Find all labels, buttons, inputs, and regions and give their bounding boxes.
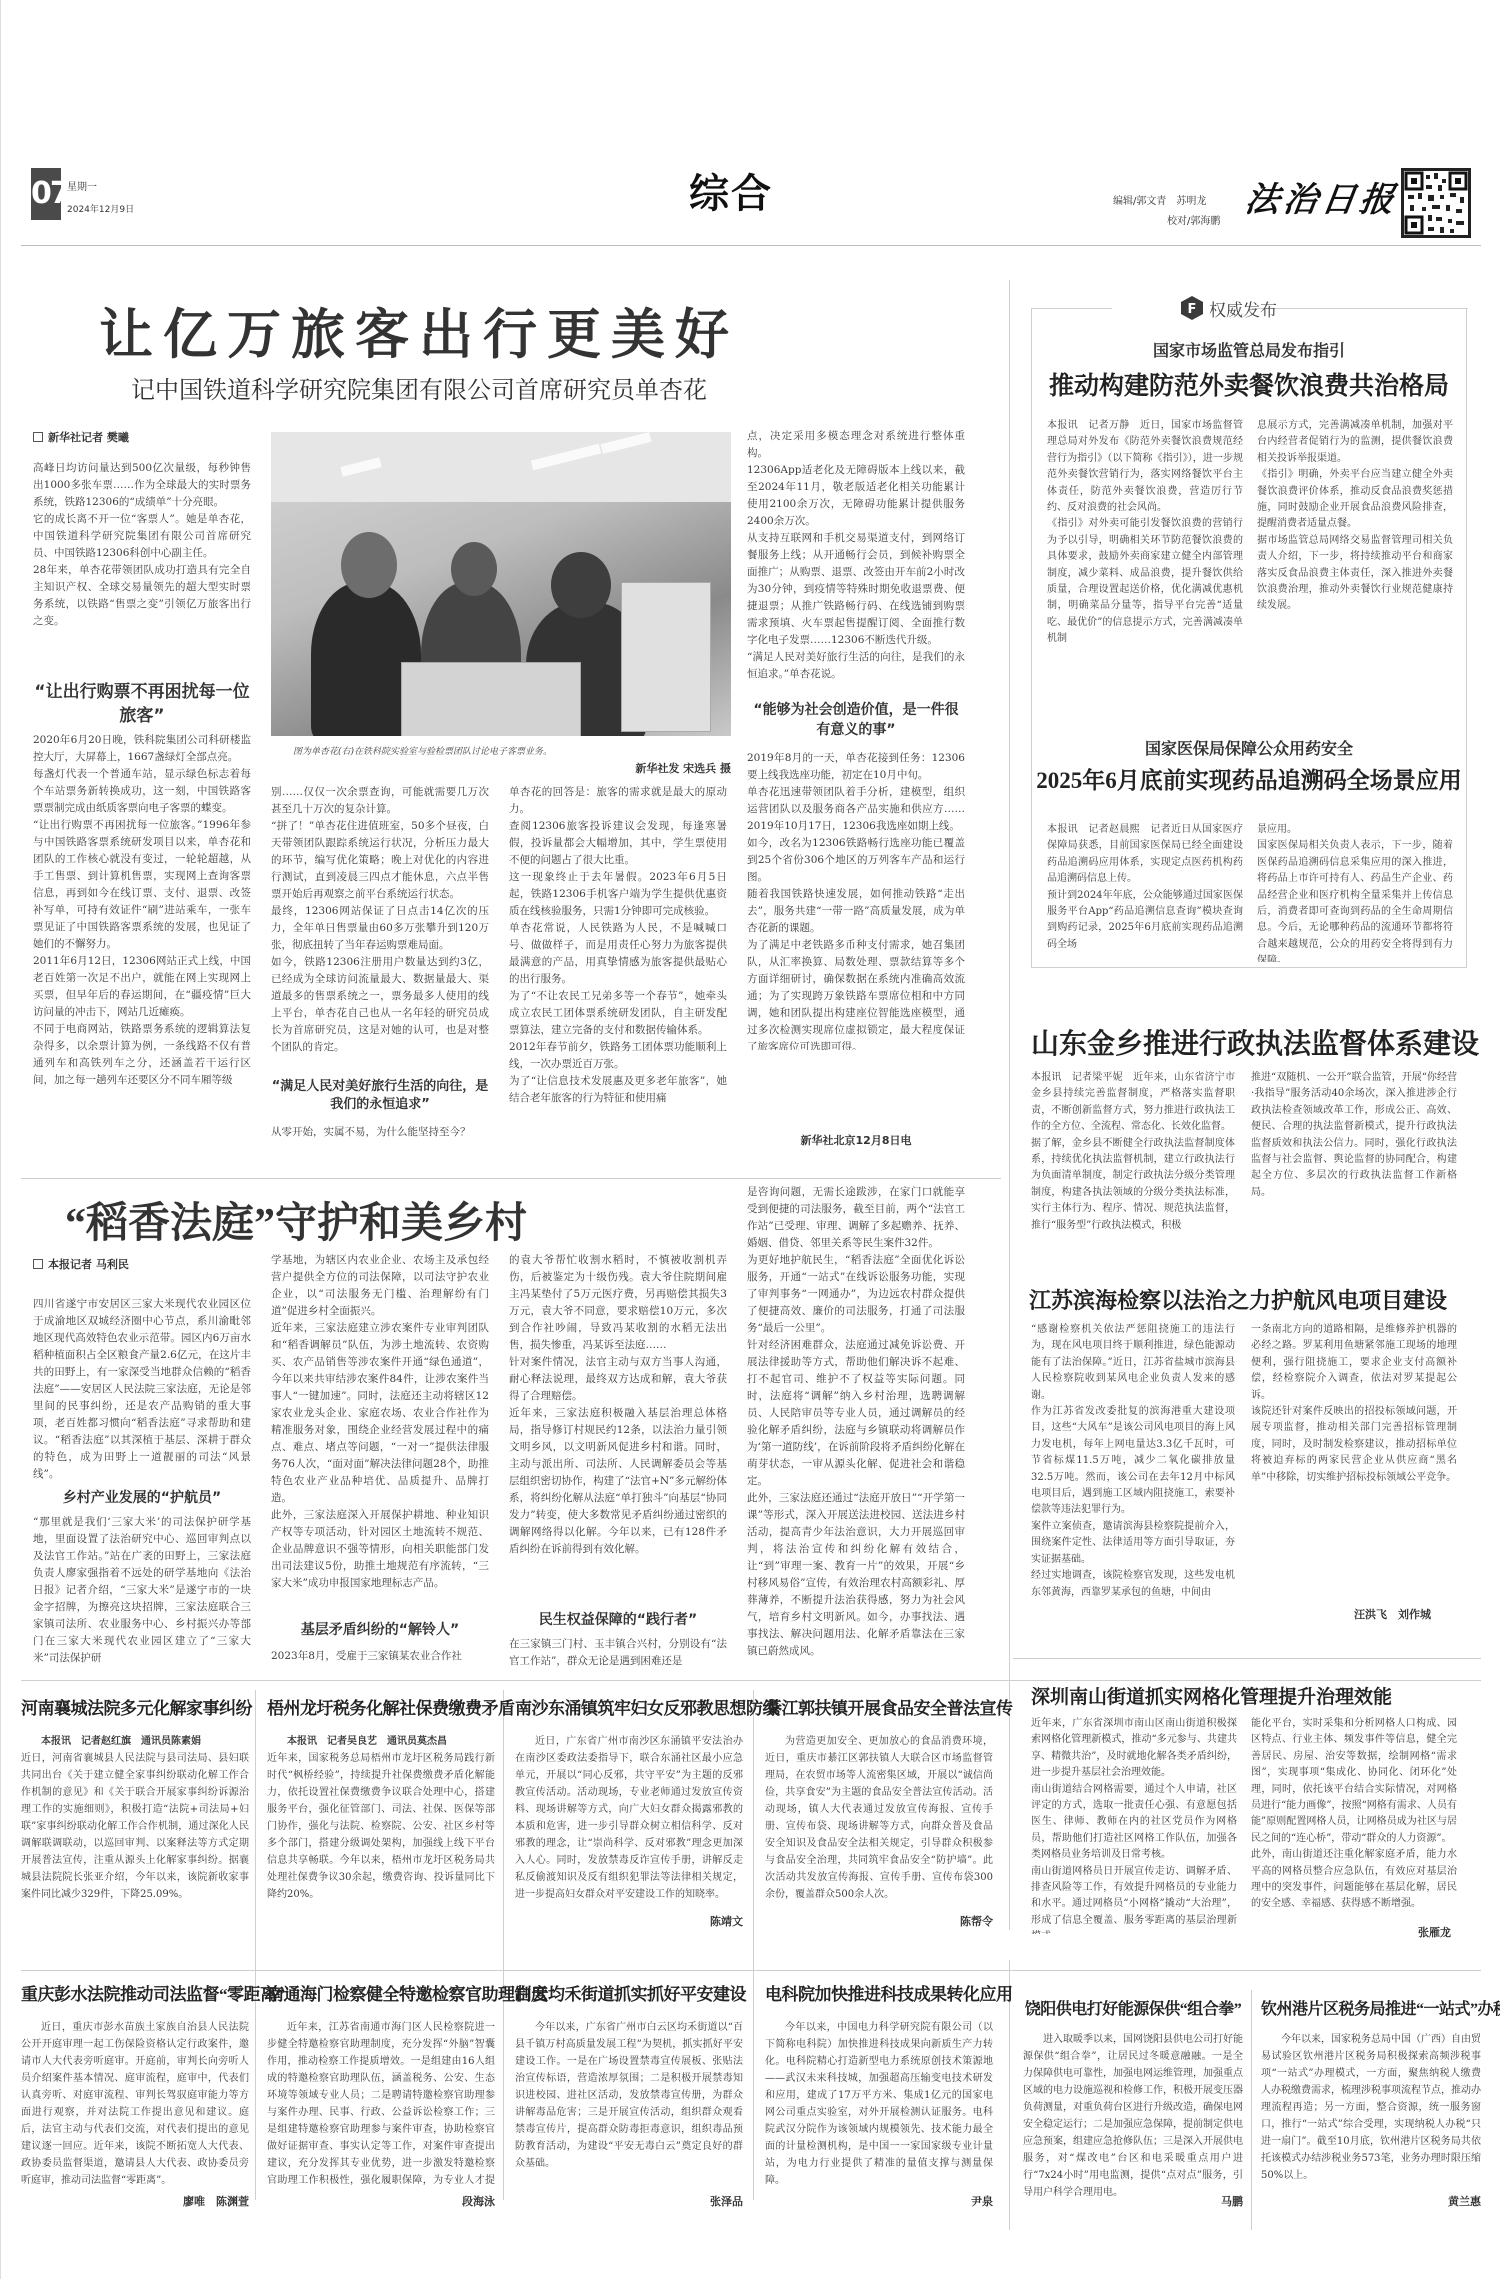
short-news-item: 重庆彭水法院推动司法监督“零距离” 近日，重庆市彭水苗族土家族自治县人民法院公开… — [21, 1980, 249, 2209]
rice-subhead-2: 基层矛盾纠纷的“解铃人” — [271, 1618, 489, 1642]
shandong-col2: 推进“双随机、一公开”联合监管，开展“你经营·我指导”服务活动40余场次，深入推… — [1251, 1070, 1457, 1250]
weekday: 星期一 — [67, 178, 97, 193]
lead-col4: 点，决定采用多模态理念对系统进行整体重构。 12306App适老化及无障碍版本上… — [747, 428, 965, 690]
lead-headline: 让亿万旅客出行更美好 — [99, 292, 739, 369]
qinzhou-credit: 黄兰惠 — [1261, 2193, 1481, 2209]
short-news-title: 南沙东涌镇筑牢妇女反邪教思想防线 — [515, 1694, 743, 1719]
section-divider — [21, 1178, 1001, 1179]
f-cube-icon: F — [1181, 296, 1203, 320]
shenzhen-title: 深圳南山街道抓实网格化管理提升治理效能 — [1031, 1682, 1471, 1709]
rice-col2b: 2023年8月，受雇于三家镇某农业合作社 — [271, 1648, 489, 1668]
short-news-body: 近年来，江苏省南通市海门区人民检察院进一步健全特邀检察官助理制度，充分发挥“外脑… — [267, 2019, 495, 2189]
lead-byline: 新华社记者 樊曦 — [33, 429, 129, 445]
rice-col4: 是咨询问题，无需长途跋涉，在家门口就能享受到便捷的司法服务，截至目前，两个“法官… — [747, 1184, 965, 1670]
qinzhou-story: 钦州港片区税务局推进“一站式”办税 今年以来，国家税务总局中国（广西）自由贸易试… — [1261, 1996, 1481, 2209]
row-divider — [21, 1680, 1481, 1681]
lead-subhead-3: “能够为社会创造价值，是一件很有意义的事” — [747, 700, 965, 740]
rice-court-title: “稻香法庭”守护和美乡村 — [65, 1190, 527, 1250]
short-news-lead: 本报讯 记者赵红旗 通讯员陈素娟 — [21, 1733, 249, 1750]
rice-subhead-3: 民生权益保障的“践行者” — [509, 1608, 727, 1632]
photo-ticket-gate — [621, 582, 711, 732]
short-news-body: 近日，广东省广州市南沙区东涌镇平安法治办在南沙区委政法委指导下，联合东涌社区最小… — [515, 1733, 743, 1933]
photo-caption: 图为单杏花(右)在铁科院实验室与验检票团队讨论电子客票业务。 — [293, 744, 552, 757]
short-news-body: 为营造更加安全、更加放心的食品消费环境，近日，重庆市綦江区郭扶镇人大联合区市场监… — [765, 1733, 993, 1933]
short-news-item: 电科院加快推进科技成果转化应用 今年以来，中国电力科学研究院有限公司（以下简称电… — [765, 1980, 993, 2209]
jiangsu-title: 江苏滨海检察以法治之力护航风电项目建设 — [1029, 1284, 1469, 1315]
short-news-item: 梧州龙圩税务化解社保费缴费矛盾 本报讯 记者吴良艺 通讯员莫杰昌 近年来，国家税… — [267, 1694, 495, 1934]
authority-story1-title: 推动构建防范外卖餐饮浪费共治格局 — [1031, 366, 1467, 402]
short-news-title: 梧州龙圩税务化解社保费缴费矛盾 — [267, 1694, 495, 1719]
short-news-credit: 尹泉 — [765, 2193, 993, 2209]
short-news-item: 河南襄城法院多元化解家事纠纷 本报讯 记者赵红旗 通讯员陈素娟 近日，河南省襄城… — [21, 1694, 249, 1934]
jiangsu-col2: 一条南北方向的道路相隔，是维修养护机器的必经之路。罗某利用鱼塘紧邻施工现场的地理… — [1251, 1322, 1457, 1592]
lead-subheadline: 记中国铁道科学研究院集团有限公司首席研究员单杏花 — [131, 370, 707, 405]
lead-subhead-1: “让出行购票不再困扰每一位旅客” — [33, 680, 251, 728]
short-news-item: 南沙东涌镇筑牢妇女反邪教思想防线 近日，广东省广州市南沙区东涌镇平安法治办在南沙… — [515, 1694, 743, 1929]
raoyang-title: 饶阳供电打好能源保供“组合拳” — [1023, 1996, 1243, 2019]
photo-credit: 新华社发 宋选兵 摄 — [581, 760, 731, 776]
short-news-title: 重庆彭水法院推动司法监督“零距离” — [21, 1980, 249, 2005]
rice-col3b: 在三家镇三门村、玉丰镇合兴村，分别设有“法官工作站”，群众无论是遇到困难还是 — [509, 1636, 727, 1670]
shenzhen-col1: 近年来，广东省深圳市南山区南山街道积极探索网格化管理新模式，推动“多元参与、共建… — [1031, 1716, 1237, 1934]
short-news-body: 近年来，国家税务总局梧州市龙圩区税务局践行新时代“枫桥经验”，持续提升社保费缴费… — [267, 1750, 495, 1934]
short-news-body: 近日，重庆市彭水苗族土家族自治县人民法院公开开庭审理一起工伤保险资格认定行政案件… — [21, 2019, 249, 2189]
short-news-body: 近日，河南省襄城县人民法院与县司法局、县妇联共同出台《关于建立健全家事纠纷联动化… — [21, 1750, 249, 1934]
header-divider — [21, 245, 1481, 246]
short-news-title: 綦江郭扶镇开展食品安全普法宣传 — [765, 1694, 993, 1719]
short-news-item: 綦江郭扶镇开展食品安全普法宣传 为营造更加安全、更加放心的食品消费环境，近日，重… — [765, 1694, 993, 1929]
short-news-body: 今年以来，广东省广州市白云区均禾街道以“百县千镇万村高质量发展工程”为契机，抓实… — [515, 2019, 743, 2189]
authority-story1-col2: 息展示方式，完善满减凑单机制，加强对平台内经营者促销行为的监测，提供餐饮浪费相关… — [1257, 418, 1453, 704]
short-news-credit: 陈靖文 — [515, 1913, 743, 1929]
short-news-item: 南通海门检察健全特邀检察官助理制度 近年来，江苏省南通市海门区人民检察院进一步健… — [267, 1980, 495, 2209]
masthead-logo: 法治日报 — [1243, 172, 1402, 221]
short-news-credit: 陈帮令 — [765, 1913, 993, 1929]
rice-court-byline: 本报记者 马利民 — [33, 1256, 129, 1272]
issue-date: 2024年12月9日 — [67, 202, 134, 215]
rice-subhead-1: 乡村产业发展的“护航员” — [33, 1486, 251, 1510]
qinzhou-title: 钦州港片区税务局推进“一站式”办税 — [1261, 1996, 1481, 2019]
editor-credit: 编辑/郭文青 苏明龙 — [1113, 192, 1206, 207]
byline-square-icon — [33, 1259, 43, 1269]
svg-text:F: F — [1188, 302, 1197, 317]
lead-col1b: 2020年6月20日晚，铁科院集团公司科研楼监控大厅，大屏幕上，1667盏绿灯全… — [33, 732, 251, 1168]
shandong-title: 山东金乡推进行政执法监督体系建设 — [1031, 1022, 1471, 1062]
page-number-badge: 07 — [31, 168, 61, 220]
rice-col1b: “那里就是我们‘三家大米’的司法保护研学基地，里面设置了法治研究中心、巡回审判点… — [33, 1514, 251, 1664]
short-news-credit: 廖唯 陈渊萱 — [21, 2193, 249, 2209]
lead-dateline: 新华社北京12月8日电 — [747, 1132, 965, 1148]
proofreader-credit: 校对/郭海鹏 — [1167, 212, 1220, 227]
short-news-title: 白云均禾街道抓实抓好平安建设 — [515, 1980, 743, 2005]
shandong-col1: 本报讯 记者梁平妮 近年来，山东省济宁市金乡县持续完善监督制度，严格落实监督职责… — [1031, 1070, 1235, 1250]
rice-col3: 的袁大爷帮忙收割水稻时，不慎被收割机弄伤，后被鉴定为十级伤残。袁大爷住院期间雇主… — [509, 1252, 727, 1598]
short-news-title: 河南襄城法院多元化解家事纠纷 — [21, 1694, 249, 1719]
lead-col2b: 从零开始，实属不易，为什么能坚持至今？ — [271, 1124, 489, 1164]
lead-col3: 单杏花的回答是：旅客的需求就是最大的原动力。 查阅12306旅客投诉建议会发现，… — [509, 784, 727, 1172]
lead-photo — [271, 432, 731, 736]
byline-square-icon — [33, 432, 43, 442]
jiangsu-credit: 汪洪飞 刘作城 — [1251, 1606, 1431, 1622]
raoyang-story: 饶阳供电打好能源保供“组合拳” 进入取暖季以来，国网饶阳县供电公司打好能源保供“… — [1023, 1996, 1243, 2209]
rice-col1: 四川省遂宁市安居区三家大米现代农业园区位于成渝地区双城经济圈中心节点，系川渝毗邻… — [33, 1296, 251, 1482]
authority-story1-kicker: 国家市场监管总局发布指引 — [1031, 338, 1467, 361]
authority-story2-col1: 本报讯 记者赵晨熙 记者近日从国家医疗保障局获悉，目前国家医保局已经全面建设药品… — [1047, 822, 1243, 962]
qinzhou-body: 今年以来，国家税务总局中国（广西）自由贸易试验区钦州港片区税务局积极探索高频涉税… — [1261, 2031, 1481, 2211]
short-news-credit: 段海泳 — [267, 2193, 495, 2209]
raoyang-body: 进入取暖季以来，国网饶阳县供电公司打好能源保供“组合拳”，让居民过冬暖意融融。一… — [1023, 2031, 1243, 2211]
short-news-title: 电科院加快推进科技成果转化应用 — [765, 1980, 993, 2005]
shenzhen-credit: 张雁龙 — [1251, 1924, 1451, 1940]
shenzhen-col2: 能化平台，实时采集和分析网格人口构成、园区特点、行业主体、频发事件等信息，健全完… — [1251, 1716, 1457, 1916]
column-divider — [1009, 280, 1010, 1930]
authority-story2-title: 2025年6月底前实现药品追溯码全场景应用 — [1031, 762, 1467, 795]
newspaper-page: 07 星期一 2024年12月9日 综合 编辑/郭文青 苏明龙 校对/郭海鹏 法… — [0, 0, 1500, 2279]
authority-story1-col1: 本报讯 记者万静 近日，国家市场监督管理总局对外发布《防范外卖餐饮浪费规范经营行… — [1047, 418, 1243, 704]
rice-col2: 学基地，为辖区内农业企业、农场主及承包经营户提供全方位的司法保障，以司法守护农业… — [271, 1252, 489, 1624]
section-title: 综合 — [689, 162, 773, 219]
short-news-lead: 本报讯 记者吴良艺 通讯员莫杰昌 — [267, 1733, 495, 1750]
jiangsu-col1: “感谢检察机关依法严惩阻挠施工的违法行为，现在风电项目终于顺利推进，绿色能源动能… — [1031, 1322, 1235, 1622]
short-news-credit: 张泽品 — [515, 2193, 743, 2209]
short-news-title: 南通海门检察健全特邀检察官助理制度 — [267, 1980, 495, 2005]
lead-col2: 别……仅仅一次余票查询，可能就需要几万次甚至几十万次的复杂计算。 “拼了！”单杏… — [271, 784, 489, 1074]
qr-code-icon[interactable] — [1401, 168, 1471, 238]
lead-col4b: 2019年8月的一天，单杏花接到任务：12306要上线我选座功能，初定在10月中… — [747, 750, 965, 1050]
authority-story2-col2: 景应用。 国家医保局相关负责人表示，下一步，随着医保药品追溯码信息采集应用的深入… — [1257, 822, 1453, 962]
short-news-body: 今年以来，中国电力科学研究院有限公司（以下简称电科院）加快推进科技成果向新质生产… — [765, 2019, 993, 2189]
lead-subhead-2: “满足人民对美好旅行生活的向往，是我们的永恒追求” — [271, 1078, 489, 1114]
authority-story2-kicker: 国家医保局保障公众用药安全 — [1031, 736, 1467, 759]
authority-label: 权威发布 — [1209, 296, 1277, 321]
short-news-item: 白云均禾街道抓实抓好平安建设 今年以来，广东省广州市白云区均禾街道以“百县千镇万… — [515, 1980, 743, 2209]
